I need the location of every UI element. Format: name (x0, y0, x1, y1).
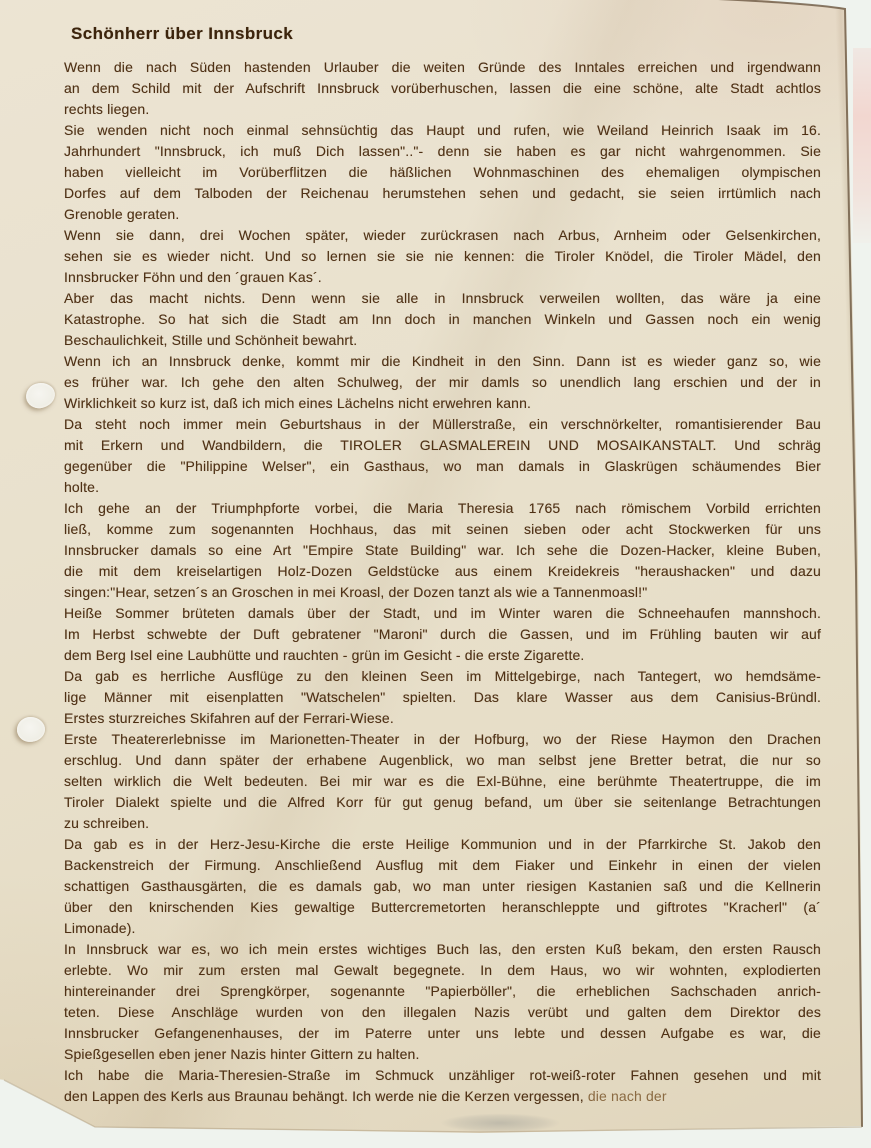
scan-canvas: Schönherr über Innsbruck Wenn die nach S… (0, 0, 871, 1148)
hole-punch-top (24, 381, 56, 410)
text-line: Jahrhundert "Innsbruck, ich muß Dich las… (64, 141, 821, 162)
text-line: Erste Theatererlebnisse im Marionetten-T… (64, 729, 821, 750)
text-line: Im Herbst schwebte der Duft gebratener "… (64, 624, 821, 645)
scan-smudge (420, 1110, 580, 1136)
text-line: Dorfes auf dem Talboden der Reichenau he… (64, 183, 821, 204)
text-line: Da steht noch immer mein Geburtshaus in … (64, 414, 821, 435)
text-line: Innsbrucker Föhn und den ´grauen Kas´. (64, 267, 821, 288)
text-line: Katastrophe. So hat sich die Stadt am In… (64, 309, 821, 330)
document-body: Wenn die nach Süden hastenden Urlauber d… (64, 57, 821, 1107)
text-line: zu schreiben. (64, 813, 821, 834)
hole-punch-bottom (16, 716, 46, 743)
text-line: Wirklichkeit so kurz ist, daß ich mich e… (64, 393, 821, 414)
text-segment: den Lappen des Kerls aus Braunau behängt… (64, 1088, 584, 1104)
text-line: In Innsbruck war es, wo ich mein erstes … (64, 939, 821, 960)
text-line: Backenstreich der Firmung. Anschließend … (64, 855, 821, 876)
text-line: den Lappen des Kerls aus Braunau behängt… (64, 1086, 821, 1107)
text-line: dem Berg Isel eine Laubhütte und rauchte… (64, 645, 821, 666)
text-line: Sie wenden nicht noch einmal sehnsüchtig… (64, 120, 821, 141)
text-line: mit Erkern und Wandbildern, die TIROLER … (64, 435, 821, 456)
text-line: schattigen Gasthausgärten, die es damals… (64, 876, 821, 897)
text-line: Aber das macht nichts. Denn wenn sie all… (64, 288, 821, 309)
text-line: Spießgesellen eben jener Nazis hinter Gi… (64, 1044, 821, 1065)
text-line: Erstes sturzreiches Skifahren auf der Fe… (64, 708, 821, 729)
text-line: Da gab es in der Herz-Jesu-Kirche die er… (64, 834, 821, 855)
text-line: Limonade). (64, 918, 821, 939)
faded-text-segment: die nach der (584, 1088, 667, 1104)
text-line: Innsbrucker damals so eine Art "Empire S… (64, 540, 821, 561)
text-line: Wenn sie dann, drei Wochen später, wiede… (64, 225, 821, 246)
text-line: ließ, komme zum sogenannten Hochhaus, da… (64, 519, 821, 540)
text-line: Beschaulichkeit, Stille und Schönheit be… (64, 330, 821, 351)
page-content: Schönherr über Innsbruck Wenn die nach S… (0, 0, 871, 1148)
text-line: es früher war. Ich gehe den alten Schulw… (64, 372, 821, 393)
text-line: Wenn die nach Süden hastenden Urlauber d… (64, 57, 821, 78)
text-line: Tiroler Dialekt spielte und die Alfred K… (64, 792, 821, 813)
document-title: Schönherr über Innsbruck (71, 23, 293, 45)
text-line: erschlug. Und dann später der erhabene A… (64, 750, 821, 771)
text-line: sehen sie es wieder nicht. Und so lernen… (64, 246, 821, 267)
text-line: Grenoble geraten. (64, 204, 821, 225)
text-line: Wenn ich an Innsbruck denke, kommt mir d… (64, 351, 821, 372)
text-line: an dem Schild mit der Aufschrift Innsbru… (64, 78, 821, 99)
text-line: holte. (64, 477, 821, 498)
text-line: lige Männer mit eisenplatten "Watschelen… (64, 687, 821, 708)
text-line: hintereinander drei Sprengkörper, sogena… (64, 981, 821, 1002)
text-line: über den knirschenden Kies gewaltige But… (64, 897, 821, 918)
text-line: Innsbrucker Gefangenenhauses, der im Pat… (64, 1023, 821, 1044)
text-line: haben vielleicht im Vorüberflitzen die h… (64, 162, 821, 183)
text-line: erlebte. Wo mir zum ersten mal Gewalt be… (64, 960, 821, 981)
text-line: die mit dem kreiselartigen Holz-Dozen Ge… (64, 561, 821, 582)
text-line: singen:"Hear, setzen´s an Groschen in me… (64, 582, 821, 603)
text-line: Heiße Sommer brüteten damals über der St… (64, 603, 821, 624)
text-line: rechts liegen. (64, 99, 821, 120)
text-line: Da gab es herrliche Ausflüge zu den klei… (64, 666, 821, 687)
text-line: Ich gehe an der Triumphpforte vorbei, di… (64, 498, 821, 519)
text-line: gegenüber die "Philippine Welser", ein G… (64, 456, 821, 477)
text-line: Ich habe die Maria-Theresien-Straße im S… (64, 1065, 821, 1086)
text-line: teten. Diese Anschläge wurden von den il… (64, 1002, 821, 1023)
text-line: selten wirklich die Welt bedeuten. Bei m… (64, 771, 821, 792)
